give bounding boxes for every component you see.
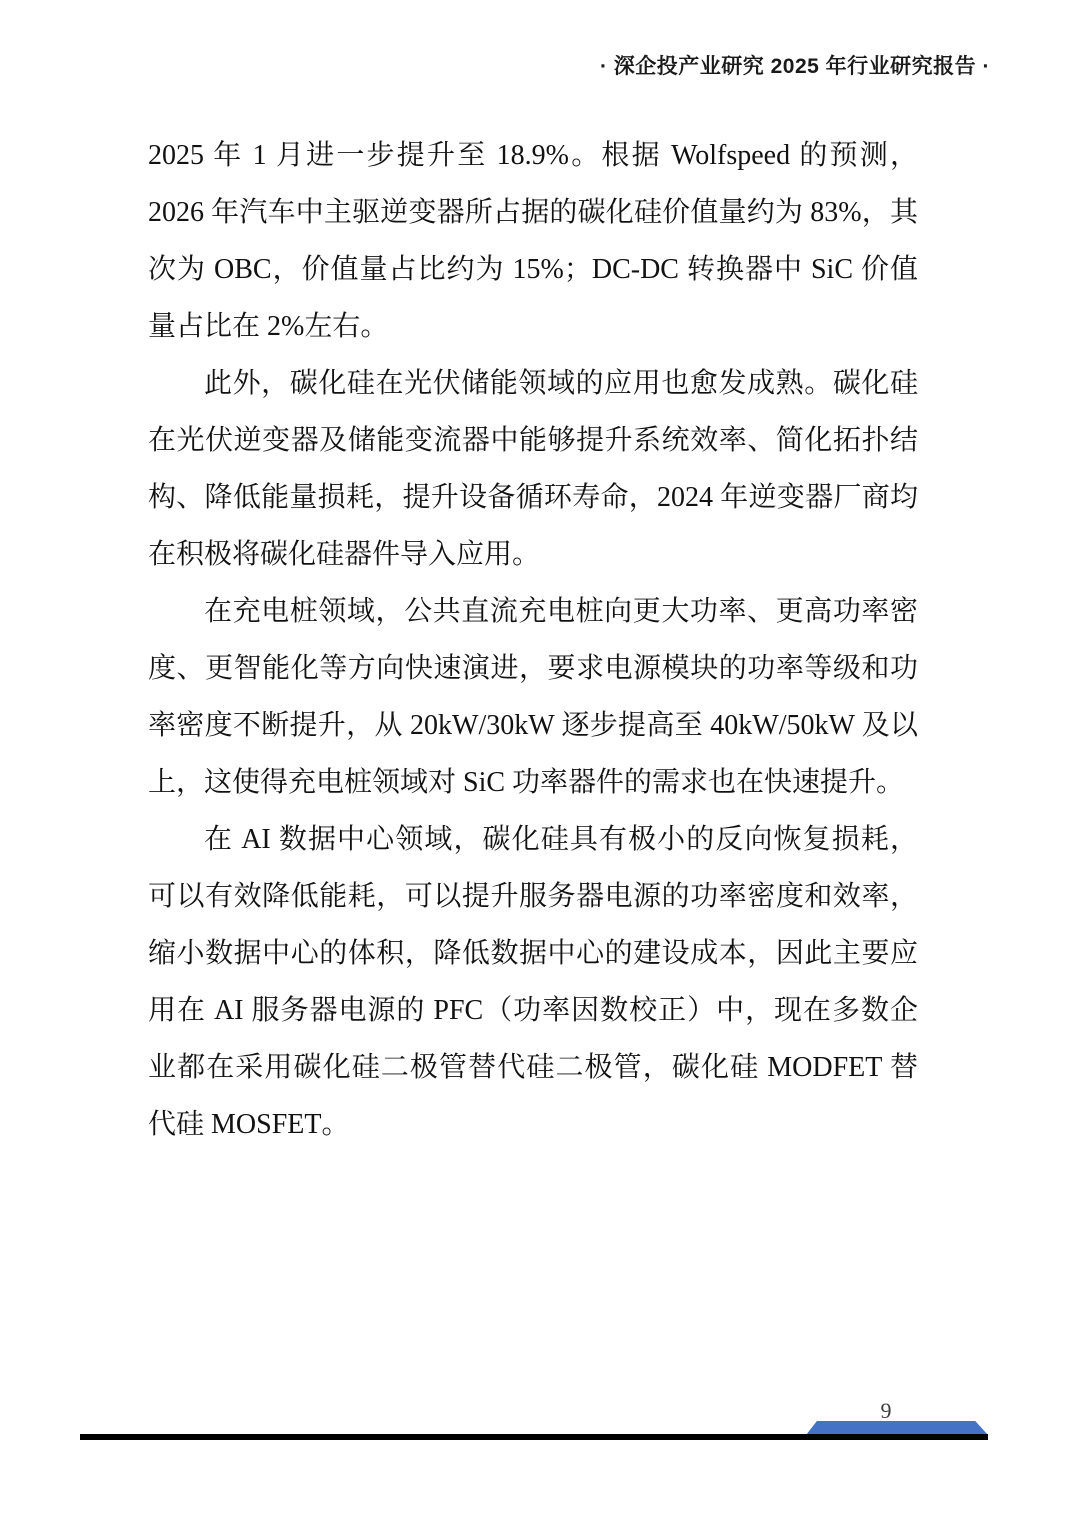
- report-header: · 深企投产业研究 2025 年行业研究报告 ·: [600, 50, 990, 80]
- paragraph: 在充电桩领域，公共直流充电桩向更大功率、更高功率密度、更智能化等方向快速演进，要…: [148, 583, 918, 811]
- paragraph: 在 AI 数据中心领域，碳化硅具有极小的反向恢复损耗，可以有效降低能耗，可以提升…: [148, 811, 918, 1153]
- page-number: 9: [862, 1398, 910, 1424]
- paragraph: 2025 年 1 月进一步提升至 18.9%。根据 Wolfspeed 的预测，…: [148, 127, 918, 355]
- footer-accent-shape: [806, 1421, 988, 1435]
- document-page: · 深企投产业研究 2025 年行业研究报告 · 2025 年 1 月进一步提升…: [0, 0, 1080, 1528]
- footer-rule: [80, 1434, 988, 1440]
- body-text: 2025 年 1 月进一步提升至 18.9%。根据 Wolfspeed 的预测，…: [148, 127, 918, 1153]
- paragraph: 此外，碳化硅在光伏储能领域的应用也愈发成熟。碳化硅在光伏逆变器及储能变流器中能够…: [148, 355, 918, 583]
